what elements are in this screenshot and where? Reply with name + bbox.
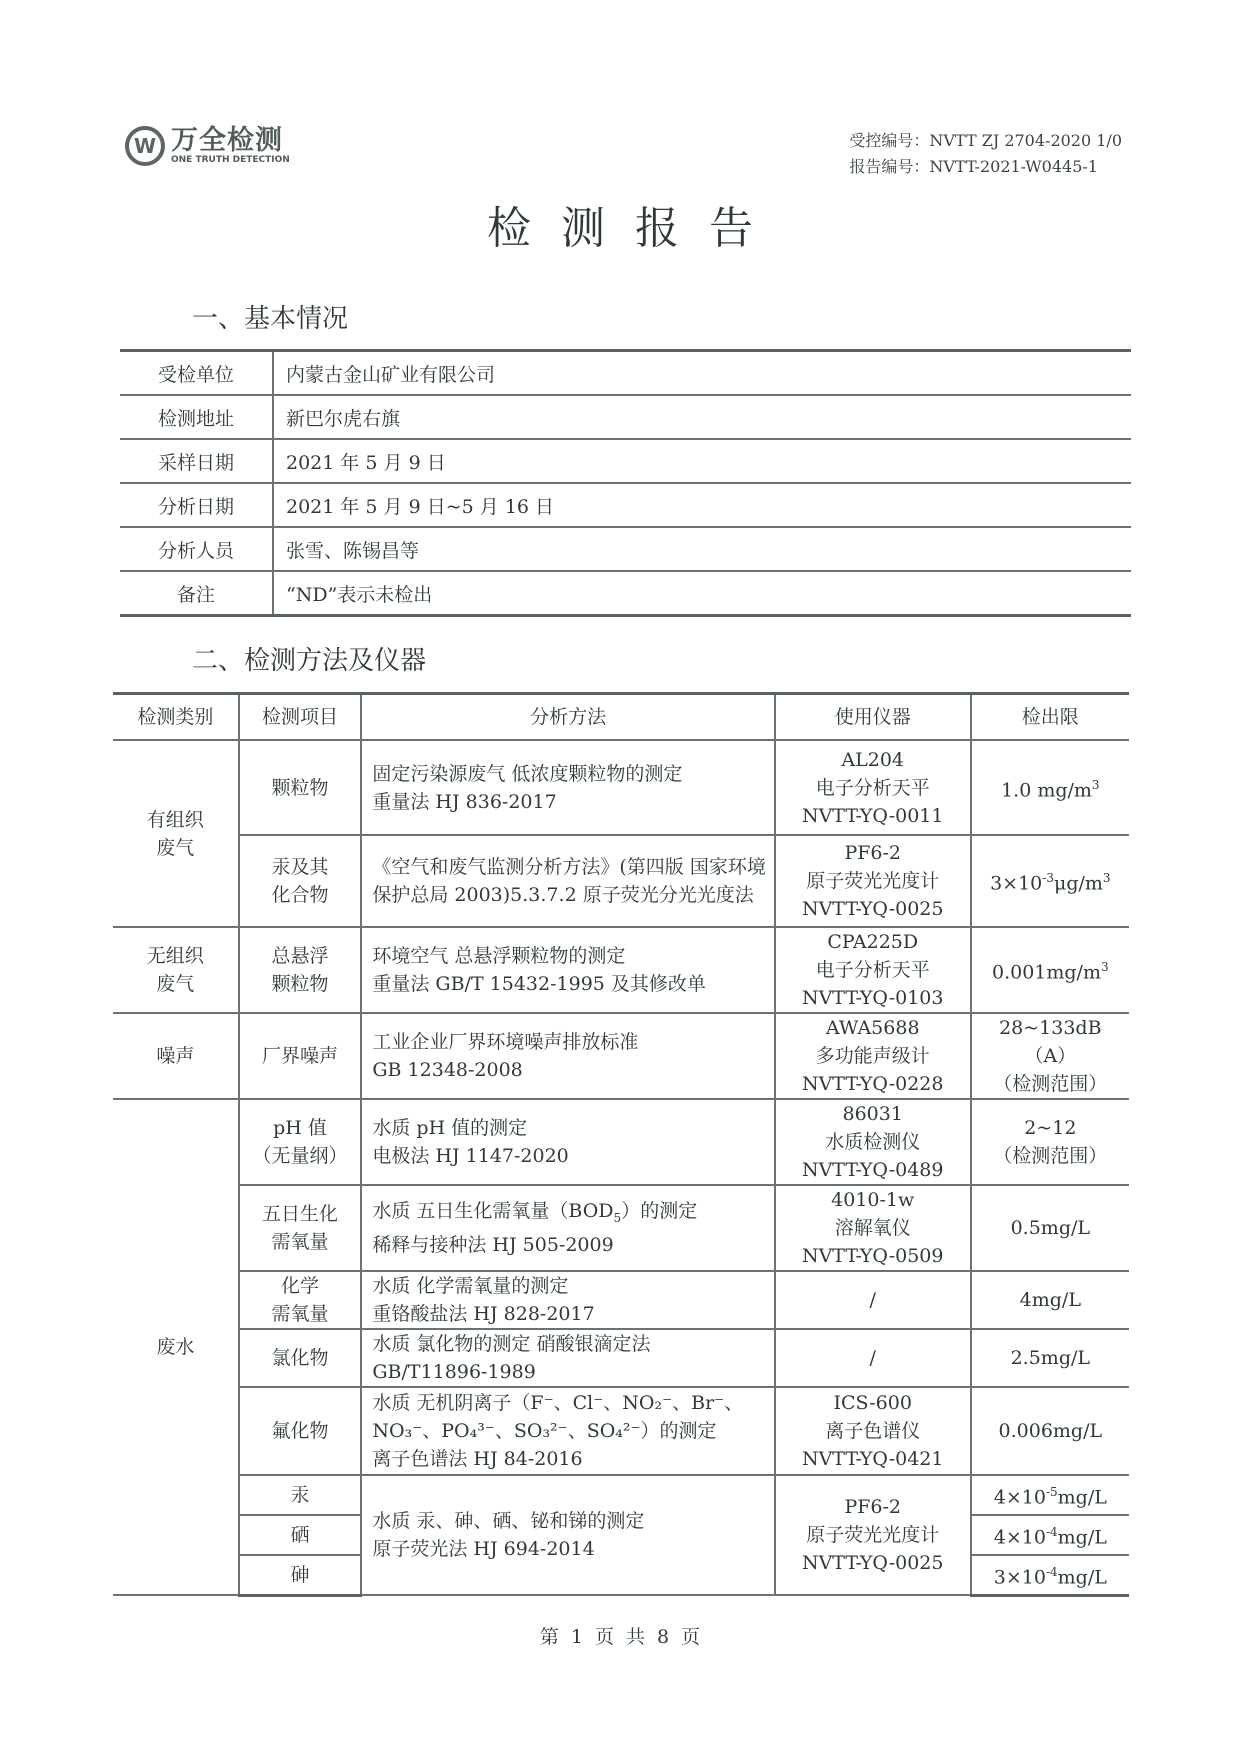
- item-cell: 汞及其化合物: [239, 835, 362, 927]
- control-number-label: 受控编号：: [849, 131, 929, 150]
- instrument-id: NVTT-YQ-0103: [780, 984, 966, 1012]
- item-cell: 汞: [239, 1475, 362, 1515]
- category-cell: 无组织废气: [113, 927, 239, 1013]
- instrument-model: AWA5688: [780, 1014, 966, 1042]
- instrument-model: CPA225D: [780, 928, 966, 956]
- instrument-model: 4010-1w: [780, 1186, 966, 1214]
- method-line: 水质 pH 值的测定: [372, 1114, 769, 1142]
- column-header: 检测项目: [239, 694, 362, 741]
- method-line: 重铬酸盐法 HJ 828-2017: [372, 1300, 769, 1328]
- instrument-cell: PF6-2原子荧光光度计NVTT-YQ-0025: [775, 1475, 971, 1595]
- limit-cell: 3×10-3μg/m3: [971, 835, 1129, 927]
- column-header: 检测类别: [113, 694, 239, 741]
- limit-unit: μg/m: [1054, 873, 1103, 895]
- limit-unit-exponent: 3: [1103, 871, 1111, 885]
- instrument-id: NVTT-YQ-0025: [780, 895, 966, 923]
- table-row: 汞 水质 汞、砷、硒、铋和锑的测定原子荧光法 HJ 694-2014 PF6-2…: [113, 1475, 1129, 1515]
- limit-exponent: -4: [1046, 1525, 1058, 1539]
- field-label: 分析人员: [120, 527, 273, 571]
- method-cell: 水质 氯化物的测定 硝酸银滴定法GB/T11896-1989: [361, 1329, 774, 1387]
- limit-cell: 4×10-5mg/L: [971, 1475, 1129, 1515]
- document-title: 检测报告: [0, 192, 1240, 256]
- limit-exponent: -4: [1046, 1565, 1058, 1579]
- limit-unit: mg/L: [1058, 1527, 1107, 1549]
- instrument-cell: /: [775, 1271, 971, 1329]
- limit-cell: 4×10-4mg/L: [971, 1515, 1129, 1555]
- instrument-cell: PF6-2原子荧光光度计NVTT-YQ-0025: [775, 835, 971, 927]
- table-row: 化学需氧量 水质 化学需氧量的测定重铬酸盐法 HJ 828-2017 / 4mg…: [113, 1271, 1129, 1329]
- item-unit: （无量纲）: [244, 1142, 357, 1170]
- limit-cell: 2~12（检测范围）: [971, 1099, 1129, 1185]
- field-value: 2021 年 5 月 9 日~5 月 16 日: [273, 483, 1131, 527]
- item-label: pH 值: [244, 1114, 357, 1142]
- field-label: 受检单位: [120, 351, 273, 396]
- instrument-name: 电子分析天平: [780, 774, 966, 802]
- basic-info-table: 受检单位内蒙古金山矿业有限公司 检测地址新巴尔虎右旗 采样日期2021 年 5 …: [120, 349, 1131, 617]
- limit-cell: 0.5mg/L: [971, 1185, 1129, 1271]
- document-codes: 受控编号：NVTT ZJ 2704-2020 1/0 报告编号：NVTT-202…: [849, 128, 1122, 180]
- logo-english-name: ONE TRUTH DETECTION: [171, 155, 290, 165]
- instrument-name: 原子荧光光度计: [780, 1521, 966, 1549]
- field-label: 检测地址: [120, 395, 273, 439]
- instrument-cell: CPA225D电子分析天平NVTT-YQ-0103: [775, 927, 971, 1013]
- category-cell: 废水: [113, 1099, 239, 1595]
- limit-exponent: -5: [1046, 1485, 1058, 1499]
- limit-value: 0.001mg/m: [992, 962, 1101, 984]
- table-header-row: 检测类别 检测项目 分析方法 使用仪器 检出限: [113, 694, 1129, 741]
- limit-value: 2~12: [976, 1114, 1125, 1142]
- field-value: 内蒙古金山矿业有限公司: [273, 351, 1131, 396]
- item-cell: 总悬浮颗粒物: [239, 927, 362, 1013]
- instrument-cell: 4010-1w溶解氧仪NVTT-YQ-0509: [775, 1185, 971, 1271]
- limit-cell: 4mg/L: [971, 1271, 1129, 1329]
- table-row: 采样日期2021 年 5 月 9 日: [120, 439, 1131, 483]
- instrument-model: PF6-2: [780, 1493, 966, 1521]
- control-number: 受控编号：NVTT ZJ 2704-2020 1/0: [849, 128, 1122, 154]
- table-row: 分析人员张雪、陈锡昌等: [120, 527, 1131, 571]
- limit-cell: 0.001mg/m3: [971, 927, 1129, 1013]
- method-cell: 水质 pH 值的测定电极法 HJ 1147-2020: [361, 1099, 774, 1185]
- instrument-cell: /: [775, 1329, 971, 1387]
- instrument-model: PF6-2: [780, 839, 966, 867]
- limit-cell: 28~133dB（A）（检测范围）: [971, 1013, 1129, 1099]
- method-cell: 水质 汞、砷、硒、铋和锑的测定原子荧光法 HJ 694-2014: [361, 1475, 774, 1595]
- instrument-model: AL204: [780, 746, 966, 774]
- limit-value: 3×10: [994, 1566, 1046, 1588]
- limit-cell: 3×10-4mg/L: [971, 1555, 1129, 1595]
- table-row: 分析日期2021 年 5 月 9 日~5 月 16 日: [120, 483, 1131, 527]
- column-header: 检出限: [971, 694, 1129, 741]
- table-row: 废水 pH 值（无量纲） 水质 pH 值的测定电极法 HJ 1147-2020 …: [113, 1099, 1129, 1185]
- method-line: 固定污染源废气 低浓度颗粒物的测定: [372, 760, 769, 788]
- limit-unit: mg/L: [1058, 1566, 1107, 1588]
- limit-value: 1.0 mg/m: [1001, 779, 1092, 801]
- method-cell: 固定污染源废气 低浓度颗粒物的测定重量法 HJ 836-2017: [361, 740, 774, 835]
- limit-exponent: 3: [1092, 778, 1100, 792]
- method-line: 工业企业厂界环境噪声排放标准: [372, 1028, 769, 1056]
- instrument-name: 水质检测仪: [780, 1128, 966, 1156]
- report-number: 报告编号：NVTT-2021-W0445-1: [849, 154, 1122, 180]
- item-cell: 化学需氧量: [239, 1271, 362, 1329]
- method-line: 重量法 HJ 836-2017: [372, 788, 769, 816]
- item-cell: pH 值（无量纲）: [239, 1099, 362, 1185]
- instrument-id: NVTT-YQ-0489: [780, 1156, 966, 1184]
- method-line: 稀释与接种法 HJ 505-2009: [372, 1231, 769, 1259]
- instrument-name: 原子荧光光度计: [780, 867, 966, 895]
- method-text: ）的测定: [621, 1200, 697, 1222]
- report-number-label: 报告编号：: [849, 157, 929, 176]
- method-line: 环境空气 总悬浮颗粒物的测定: [372, 942, 769, 970]
- field-label: 分析日期: [120, 483, 273, 527]
- item-cell: 厂界噪声: [239, 1013, 362, 1099]
- instrument-model: ICS-600: [780, 1389, 966, 1417]
- instrument-id: NVTT-YQ-0025: [780, 1549, 966, 1577]
- limit-unit: mg/L: [1058, 1487, 1107, 1509]
- table-row: 备注“ND”表示未检出: [120, 571, 1131, 616]
- method-line: 重量法 GB/T 15432-1995 及其修改单: [372, 970, 769, 998]
- instrument-cell: AWA5688多功能声级计NVTT-YQ-0228: [775, 1013, 971, 1099]
- item-cell: 氯化物: [239, 1329, 362, 1387]
- method-line: 离子色谱法 HJ 84-2016: [372, 1445, 769, 1473]
- instrument-model: 86031: [780, 1100, 966, 1128]
- instrument-id: NVTT-YQ-0421: [780, 1445, 966, 1473]
- company-logo: W 万全检测 ONE TRUTH DETECTION: [125, 126, 290, 166]
- table-row: 氟化物 水质 无机阴离子（F⁻、Cl⁻、NO₂⁻、Br⁻、NO₃⁻、PO₄³⁻、…: [113, 1387, 1129, 1475]
- category-cell: 噪声: [113, 1013, 239, 1099]
- limit-exponent: 3: [1101, 960, 1109, 974]
- item-label: 需氧量: [244, 1228, 357, 1256]
- item-label: 汞及其化合物: [270, 853, 330, 909]
- item-cell: 颗粒物: [239, 740, 362, 835]
- instrument-cell: AL204电子分析天平NVTT-YQ-0011: [775, 740, 971, 835]
- instrument-id: NVTT-YQ-0509: [780, 1242, 966, 1270]
- table-row: 噪声 厂界噪声 工业企业厂界环境噪声排放标准GB 12348-2008 AWA5…: [113, 1013, 1129, 1099]
- method-line: 水质 汞、砷、硒、铋和锑的测定: [372, 1507, 769, 1535]
- method-line: 水质 化学需氧量的测定: [372, 1272, 769, 1300]
- limit-cell: 1.0 mg/m3: [971, 740, 1129, 835]
- category-cell: 有组织废气: [113, 740, 239, 927]
- field-value: 2021 年 5 月 9 日: [273, 439, 1131, 483]
- method-line: GB/T11896-1989: [372, 1358, 769, 1386]
- column-header: 使用仪器: [775, 694, 971, 741]
- method-cell: 环境空气 总悬浮颗粒物的测定重量法 GB/T 15432-1995 及其修改单: [361, 927, 774, 1013]
- table-row: 有组织废气 颗粒物 固定污染源废气 低浓度颗粒物的测定重量法 HJ 836-20…: [113, 740, 1129, 835]
- item-cell: 砷: [239, 1555, 362, 1595]
- method-cell: 《空气和废气监测分析方法》(第四版 国家环境保护总局 2003)5.3.7.2 …: [361, 835, 774, 927]
- instrument-id: NVTT-YQ-0011: [780, 802, 966, 830]
- limit-value: 4×10: [994, 1527, 1046, 1549]
- control-number-value: NVTT ZJ 2704-2020 1/0: [929, 131, 1122, 150]
- instrument-cell: 86031水质检测仪NVTT-YQ-0489: [775, 1099, 971, 1185]
- item-label: 五日生化: [244, 1200, 357, 1228]
- table-row: 无组织废气 总悬浮颗粒物 环境空气 总悬浮颗粒物的测定重量法 GB/T 1543…: [113, 927, 1129, 1013]
- method-text: 水质 五日生化需氧量（BOD: [372, 1200, 613, 1222]
- limit-weighting: （A）: [976, 1042, 1125, 1070]
- limit-value: 3×10: [990, 873, 1042, 895]
- page-number: 第 1 页 共 8 页: [0, 1622, 1240, 1649]
- method-line: 水质 无机阴离子（F⁻、Cl⁻、NO₂⁻、Br⁻、NO₃⁻、PO₄³⁻、SO₃²…: [372, 1389, 769, 1445]
- method-line: GB 12348-2008: [372, 1056, 769, 1084]
- instrument-cell: ICS-600离子色谱仪NVTT-YQ-0421: [775, 1387, 971, 1475]
- limit-exponent: -3: [1042, 871, 1054, 885]
- item-label: 需氧量: [244, 1300, 357, 1328]
- field-value: 新巴尔虎右旗: [273, 395, 1131, 439]
- item-cell: 五日生化需氧量: [239, 1185, 362, 1271]
- report-number-value: NVTT-2021-W0445-1: [929, 157, 1098, 176]
- field-value: 张雪、陈锡昌等: [273, 527, 1131, 571]
- limit-value: 28~133dB: [976, 1014, 1125, 1042]
- method-cell: 水质 化学需氧量的测定重铬酸盐法 HJ 828-2017: [361, 1271, 774, 1329]
- item-label: 总悬浮颗粒物: [270, 942, 330, 998]
- instrument-name: 溶解氧仪: [780, 1214, 966, 1242]
- item-label: 化学: [244, 1272, 357, 1300]
- column-header: 分析方法: [361, 694, 774, 741]
- method-line: 水质 氯化物的测定 硝酸银滴定法: [372, 1330, 769, 1358]
- category-label: 有组织废气: [145, 806, 205, 862]
- logo-chinese-name: 万全检测: [171, 127, 290, 155]
- section-basic-info-heading: 一、基本情况: [192, 298, 348, 335]
- table-row: 五日生化需氧量 水质 五日生化需氧量（BOD5）的测定稀释与接种法 HJ 505…: [113, 1185, 1129, 1271]
- section-methods-heading: 二、检测方法及仪器: [192, 640, 426, 677]
- limit-value: 4×10: [994, 1487, 1046, 1509]
- method-line: 水质 五日生化需氧量（BOD5）的测定: [372, 1197, 769, 1232]
- limit-cell: 2.5mg/L: [971, 1329, 1129, 1387]
- limit-note: （检测范围）: [976, 1070, 1125, 1098]
- method-cell: 水质 无机阴离子（F⁻、Cl⁻、NO₂⁻、Br⁻、NO₃⁻、PO₄³⁻、SO₃²…: [361, 1387, 774, 1475]
- item-cell: 氟化物: [239, 1387, 362, 1475]
- table-row: 检测地址新巴尔虎右旗: [120, 395, 1131, 439]
- limit-note: （检测范围）: [976, 1142, 1125, 1170]
- instrument-id: NVTT-YQ-0228: [780, 1070, 966, 1098]
- method-cell: 水质 五日生化需氧量（BOD5）的测定稀释与接种法 HJ 505-2009: [361, 1185, 774, 1271]
- item-cell: 硒: [239, 1515, 362, 1555]
- method-line: 原子荧光法 HJ 694-2014: [372, 1535, 769, 1563]
- table-row: 受检单位内蒙古金山矿业有限公司: [120, 351, 1131, 396]
- category-label: 无组织废气: [145, 942, 205, 998]
- instrument-name: 多功能声级计: [780, 1042, 966, 1070]
- logo-w-icon: W: [125, 126, 165, 166]
- method-cell: 工业企业厂界环境噪声排放标准GB 12348-2008: [361, 1013, 774, 1099]
- table-row: 汞及其化合物 《空气和废气监测分析方法》(第四版 国家环境保护总局 2003)5…: [113, 835, 1129, 927]
- table-row: 氯化物 水质 氯化物的测定 硝酸银滴定法GB/T11896-1989 / 2.5…: [113, 1329, 1129, 1387]
- field-label: 采样日期: [120, 439, 273, 483]
- method-line: 电极法 HJ 1147-2020: [372, 1142, 769, 1170]
- instrument-name: 离子色谱仪: [780, 1417, 966, 1445]
- field-label: 备注: [120, 571, 273, 616]
- limit-cell: 0.006mg/L: [971, 1387, 1129, 1475]
- field-value: “ND”表示未检出: [273, 571, 1131, 616]
- instrument-name: 电子分析天平: [780, 956, 966, 984]
- methods-instruments-table: 检测类别 检测项目 分析方法 使用仪器 检出限 有组织废气 颗粒物 固定污染源废…: [113, 692, 1129, 1597]
